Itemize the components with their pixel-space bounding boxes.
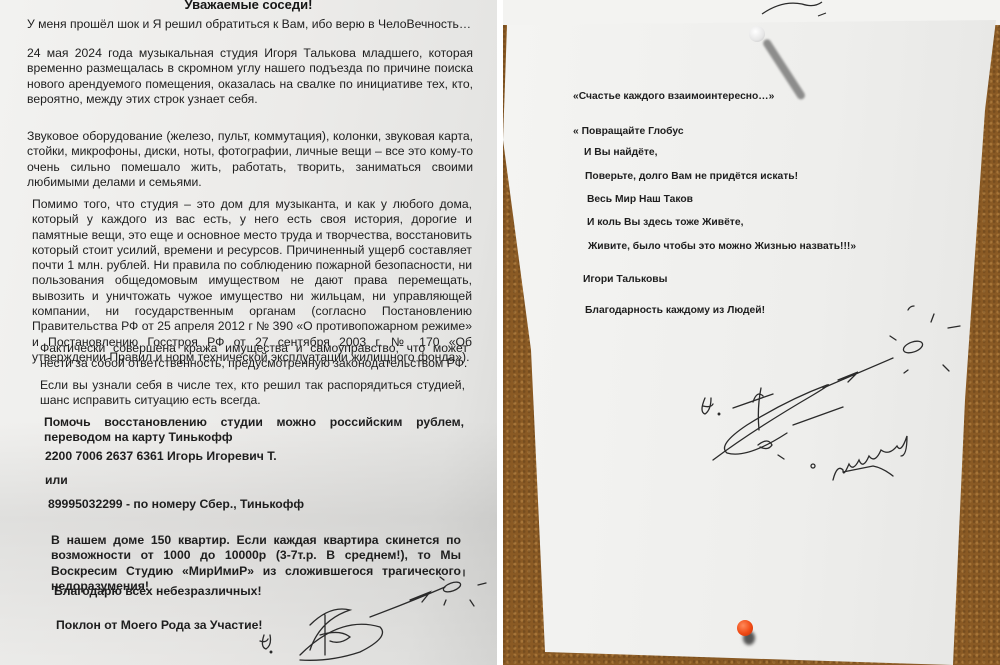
notice-paragraph-5: Если вы узнали себя в числе тех, кто реш… [40,378,465,409]
white-pushpin-icon [749,26,765,42]
epigraph: «Счастье каждого взаимоинтересно…» [573,91,774,102]
right-notice-photo: «Счастье каждого взаимоинтересно…» « Пов… [503,0,1000,665]
notice-intro: У меня прошёл шок и Я решил обратиться к… [27,17,472,32]
poem-line-5: И коль Вы здесь тоже Живёте, [587,217,743,228]
card-number-line[interactable]: 2200 7006 2637 6361 Игорь Игоревич Т. [45,449,277,464]
notice-paragraph-2: Звуковое оборудование (железо, пульт, ко… [27,129,473,190]
bow-text: Поклон от Моего Рода за Участие! [56,618,262,633]
author-name: Игори Тальковы [583,274,667,285]
or-label: или [45,473,68,488]
thanks-text: Благодарю всех небезразличных! [54,584,262,599]
notice-title: Уважаемые соседи! [0,0,497,12]
phone-number-line[interactable]: 89995032299 - по номеру Сбер., Тинькофф [48,497,304,512]
poem-line-1: « Повращайте Глобус [573,126,684,137]
poem-line-3: Поверьте, долго Вам не придётся искать! [585,171,798,182]
gratitude-text: Благодарность каждому из Людей! [585,305,765,316]
poem-line-6: Живите, было чтобы это можно Жизнью назв… [588,241,856,252]
red-pushpin-icon [737,620,753,636]
poem-line-2: И Вы найдёте, [584,147,658,158]
notice-paragraph-4: Фактически совершена кража имущества и с… [40,341,468,372]
help-heading: Помочь восстановлению студии можно росси… [44,415,464,446]
left-notice-sheet: Уважаемые соседи! У меня прошёл шок и Я … [0,0,497,665]
left-notice-photo: Уважаемые соседи! У меня прошёл шок и Я … [0,0,497,665]
notice-paragraph-1: 24 мая 2024 года музыкальная студия Игор… [27,46,473,107]
poem-line-4: Весь Мир Наш Таков [587,194,693,205]
